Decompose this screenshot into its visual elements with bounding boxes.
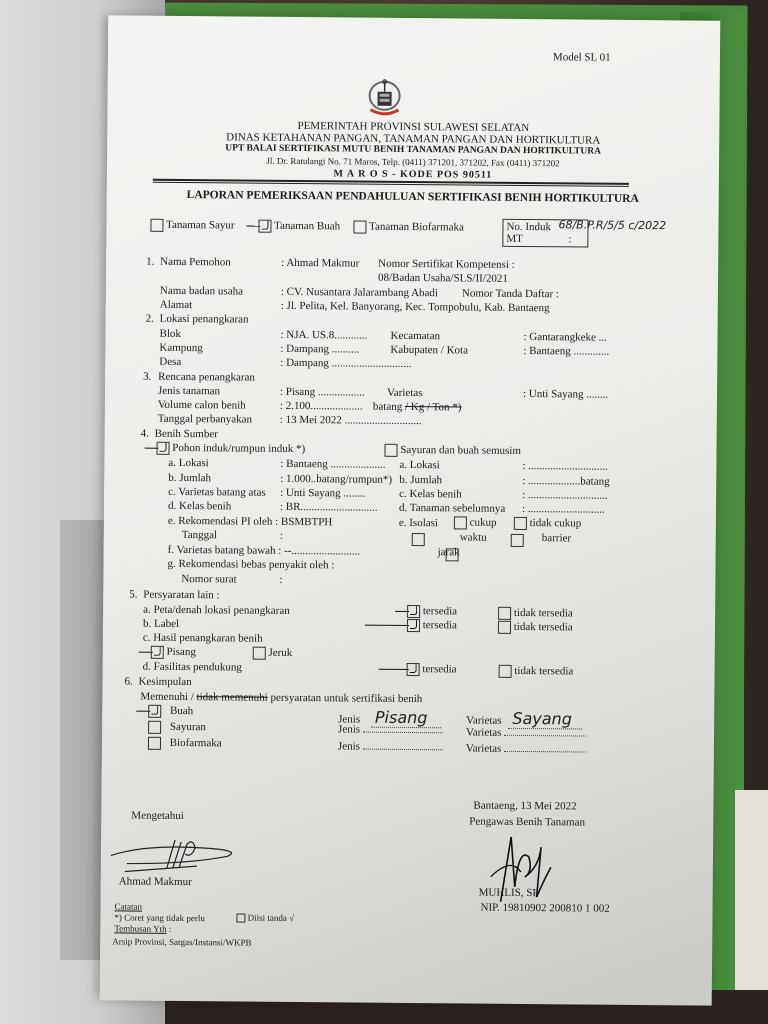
kecamatan-label: Kecamatan: [390, 330, 440, 342]
applicant-name: Ahmad Makmur: [119, 875, 192, 888]
checkbox-peta-tersedia[interactable]: [407, 605, 420, 618]
sumber-left-value-b: : 1.000..batang/rumpun*): [280, 473, 392, 486]
blok-label: Blok: [159, 328, 181, 340]
coret-note: *) Coret yang tidak perlu: [114, 912, 205, 923]
blank-line: [363, 732, 443, 734]
nomor-surat-value: :: [279, 574, 282, 586]
sumber-left-value-a: : Bantaeng ....................: [280, 458, 385, 471]
section-2-heading: Lokasi penangkaran: [160, 313, 249, 326]
sumber-left-label-d: d. Kelas benih: [168, 500, 231, 513]
section-3-heading: Rencana penangkaran: [158, 371, 255, 384]
statement-struck: tidak memenuhi: [197, 691, 268, 704]
kesimpulan-sayuran-varietas: Varietas: [466, 726, 586, 739]
inspector-nip: NIP. 19810902 200810 1 002: [480, 902, 609, 915]
section-3-number: 3.: [143, 371, 151, 383]
section-4-heading: Benih Sumber: [155, 428, 218, 441]
mengetahui-label: Mengetahui: [131, 810, 184, 822]
sertifikat-label: Nomor Sertifikat Kompetensi :: [378, 258, 515, 271]
checkbox-sayuran-semusim[interactable]: [384, 444, 397, 457]
checkbox-sayur[interactable]: [150, 219, 163, 232]
fasilitas-tersedia[interactable]: tersedia: [379, 663, 457, 677]
isolasi-label: e. Isolasi: [399, 517, 438, 529]
kabupaten-label: Kabupaten / Kota: [390, 344, 468, 357]
sumber-right-value-b: : ...................batang: [522, 475, 609, 488]
tanggal-value: :: [280, 530, 283, 542]
checkbox-barrier[interactable]: [511, 534, 524, 547]
check-stroke: [365, 624, 409, 626]
no-induk-label: No. Induk: [506, 221, 551, 233]
tanda-daftar-label: Nomor Tanda Daftar :: [462, 287, 559, 300]
document-title: LAPORAN PEMERIKSAAN PENDAHULUAN SERTIFIK…: [107, 188, 719, 205]
checkbox-waktu[interactable]: [412, 533, 425, 546]
alamat-label: Alamat: [160, 299, 192, 311]
varietas-value: : Unti Sayang ........: [523, 388, 608, 401]
section-5-heading: Persyaratan lain :: [143, 589, 219, 602]
alamat-value: : Jl. Pelita, Kel. Banyorang, Kec. Tompo…: [281, 300, 550, 314]
kesimpulan-biofarmaka-varietas: Varietas: [466, 742, 586, 755]
checkbox-pohon-induk[interactable]: [156, 442, 169, 455]
rekomendasi-penyakit: g. Rekomendasi bebas penyakit oleh :: [167, 558, 334, 571]
kesimpulan-sayuran-jenis: Jenis: [338, 723, 443, 736]
tembusan-value: Arsip Provinsi, Satgas/Instansi/WKPB: [112, 936, 251, 947]
kesimpulan-biofarmaka-jenis: Jenis: [338, 740, 443, 753]
checkbox-tidak-cukup[interactable]: [514, 517, 527, 530]
label-tersedia[interactable]: tersedia: [365, 619, 457, 633]
plant-type-biofarmaka[interactable]: Tanaman Biofarmaka: [353, 220, 463, 234]
sumber-left-label-a: a. Lokasi: [168, 457, 208, 469]
provincial-emblem-icon: [365, 78, 403, 118]
isolasi-tidak-cukup[interactable]: tidak cukup: [514, 517, 582, 531]
badan-usaha-label: Nama badan usaha: [160, 285, 243, 298]
nama-pemohon-label: Nama Pemohon: [160, 256, 231, 269]
section-1-number: 1.: [146, 256, 154, 268]
mt-label: MT: [506, 233, 523, 245]
catatan-label: Catatan: [114, 901, 142, 911]
rekomendasi-pi: e. Rekomendasi PI oleh : BSMBTPH: [168, 515, 332, 528]
tanggal-perbanyakan-value: : 13 Mei 2022 ..........................…: [280, 414, 422, 427]
inspector-name: MUHLIS, SP: [479, 887, 539, 900]
varietas-label: Varietas: [387, 387, 423, 399]
floor-background: [735, 790, 768, 1024]
option-pohon-induk[interactable]: Pohon induk/rumpun induk *): [144, 442, 305, 456]
jenis-tanaman-value: : Pisang .................: [280, 386, 365, 399]
jenis-tanaman-label: Jenis tanaman: [158, 385, 220, 398]
kesimpulan-statement: Memenuhi / tidak memenuhi persyaratan un…: [140, 691, 422, 705]
legend-checkbox: [236, 914, 245, 923]
isolasi-waktu-label: waktu: [460, 531, 487, 543]
checkbox-pisang[interactable]: [151, 646, 164, 659]
no-induk-value: 68/B.P.R/5/5 c/2022: [558, 218, 666, 232]
varietas-batang-bawah: f. Varietas batang bawah : --...........…: [168, 544, 361, 558]
sumber-left-value-c: : Unti Sayang ........: [280, 487, 365, 500]
hasil-jeruk[interactable]: Jeruk: [253, 647, 293, 660]
persyaratan-label-label: b. Label: [143, 618, 179, 630]
fasilitas-tidak-tersedia[interactable]: tidak tersedia: [499, 665, 574, 679]
desa-label: Desa: [159, 356, 181, 368]
kampung-value: : Dampang ..........: [280, 343, 359, 356]
sumber-right-label-b: b. Jumlah: [399, 474, 442, 486]
kesimpulan-biofarmaka[interactable]: Biofarmaka: [148, 737, 222, 751]
sumber-right-value-d: : ............................: [522, 503, 605, 516]
place-date: Bantaeng, 13 Mei 2022: [473, 800, 576, 813]
tembusan: Tembusan Yth :: [114, 923, 171, 933]
option-sayuran-semusim[interactable]: Sayuran dan buah semusim: [384, 444, 521, 458]
diisi-note: Diisi tanda √: [236, 913, 294, 924]
sumber-right-label-a: a. Lokasi: [399, 459, 439, 471]
check-stroke: [379, 668, 409, 670]
tanggal-label: Tanggal: [182, 529, 217, 541]
checkbox-buah[interactable]: [258, 220, 271, 233]
section-6-heading: Kesimpulan: [138, 676, 191, 688]
sumber-right-value-a: : .............................: [522, 460, 608, 473]
sumber-right-value-c: : .............................: [522, 489, 608, 502]
label-tidak-tersedia[interactable]: tidak tersedia: [498, 621, 573, 635]
sumber-right-label-d: d. Tanaman sebelumnya: [399, 502, 505, 515]
volume-label: Volume calon benih: [158, 399, 246, 412]
kabupaten-value: : Bantaeng .............: [523, 345, 609, 358]
checkbox-label-tersedia[interactable]: [407, 619, 420, 632]
isolasi-jarak-label: jarak: [438, 546, 460, 558]
checkbox-kesimpulan-sayuran[interactable]: [148, 721, 161, 734]
volume-unit-struck: / Kg / Ton *): [405, 401, 462, 413]
checkbox-kesimpulan-biofarmaka[interactable]: [148, 737, 161, 750]
kecamatan-value: : Gantarangkeke ...: [523, 331, 606, 344]
persyaratan-peta-label: a. Peta/denah lokasi penangkaran: [143, 604, 290, 617]
blok-value: : NJA. US.8............: [280, 329, 367, 342]
signature-applicant: [107, 833, 247, 879]
checkbox-fasilitas-tidak-tersedia[interactable]: [499, 665, 512, 678]
model-code: Model SL 01: [553, 51, 611, 64]
badan-usaha-value: : CV. Nusantara Jalarambang Abadi: [281, 286, 438, 299]
sumber-left-label-b: b. Jumlah: [168, 472, 211, 484]
checkbox-fasilitas-tersedia[interactable]: [407, 663, 420, 676]
checkbox-kesimpulan-buah[interactable]: [148, 705, 161, 718]
desa-value: : Dampang .............................: [280, 357, 411, 370]
blank-line: [504, 735, 586, 737]
checkbox-cukup[interactable]: [454, 516, 467, 529]
tanggal-perbanyakan-label: Tanggal perbanyakan: [158, 413, 252, 426]
sertifikat-value: 08/Badan Usaha/SLS/II/2021: [378, 272, 508, 285]
peta-tersedia[interactable]: tersedia: [395, 605, 457, 619]
checkbox-label-tidak-tersedia[interactable]: [498, 621, 511, 634]
checkbox-biofarmaka[interactable]: [353, 220, 366, 233]
section-4-number: 4.: [141, 428, 149, 440]
hasil-penangkaran-label: c. Hasil penangkaran benih: [143, 632, 263, 645]
hasil-pisang[interactable]: Pisang: [139, 646, 196, 659]
blank-line: [504, 751, 586, 753]
sumber-left-label-c: c. Varietas batang atas: [168, 486, 266, 499]
nama-pemohon-value: : Ahmad Makmur: [281, 257, 359, 270]
nomor-surat-label: Nomor surat: [181, 573, 236, 585]
section-5-number: 5.: [129, 589, 137, 601]
blank-line: [363, 749, 443, 751]
plant-type-sayur[interactable]: Tanaman Sayur: [150, 219, 234, 233]
kesimpulan-buah[interactable]: Buah: [136, 705, 193, 718]
isolasi-barrier-label: barrier: [542, 532, 571, 544]
section-2-number: 2.: [146, 313, 154, 325]
kesimpulan-buah-varietas: Varietas Sayang: [466, 708, 582, 728]
kesimpulan-sayuran[interactable]: Sayuran: [148, 721, 206, 735]
kampung-label: Kampung: [159, 342, 202, 354]
checkbox-jeruk[interactable]: [253, 647, 266, 660]
document-page: Model SL 01 PEMERINTAH PROVINSI SULAWESI…: [100, 15, 721, 1005]
section-6-number: 6.: [124, 676, 132, 688]
peta-tidak-tersedia[interactable]: tidak tersedia: [498, 607, 573, 621]
plant-type-buah[interactable]: Tanaman Buah: [246, 220, 340, 234]
fasilitas-label: d. Fasilitas pendukung: [143, 661, 242, 674]
isolasi-cukup[interactable]: cukup: [454, 516, 497, 529]
checkbox-peta-tidak-tersedia[interactable]: [498, 607, 511, 620]
mt-value: :: [568, 233, 571, 245]
sumber-left-value-d: : BR............................: [280, 501, 378, 514]
volume-unit: batang / Kg / Ton *): [373, 401, 462, 414]
volume-value: : 2.100...................: [280, 400, 363, 413]
sumber-right-label-c: c. Kelas benih: [399, 488, 462, 501]
